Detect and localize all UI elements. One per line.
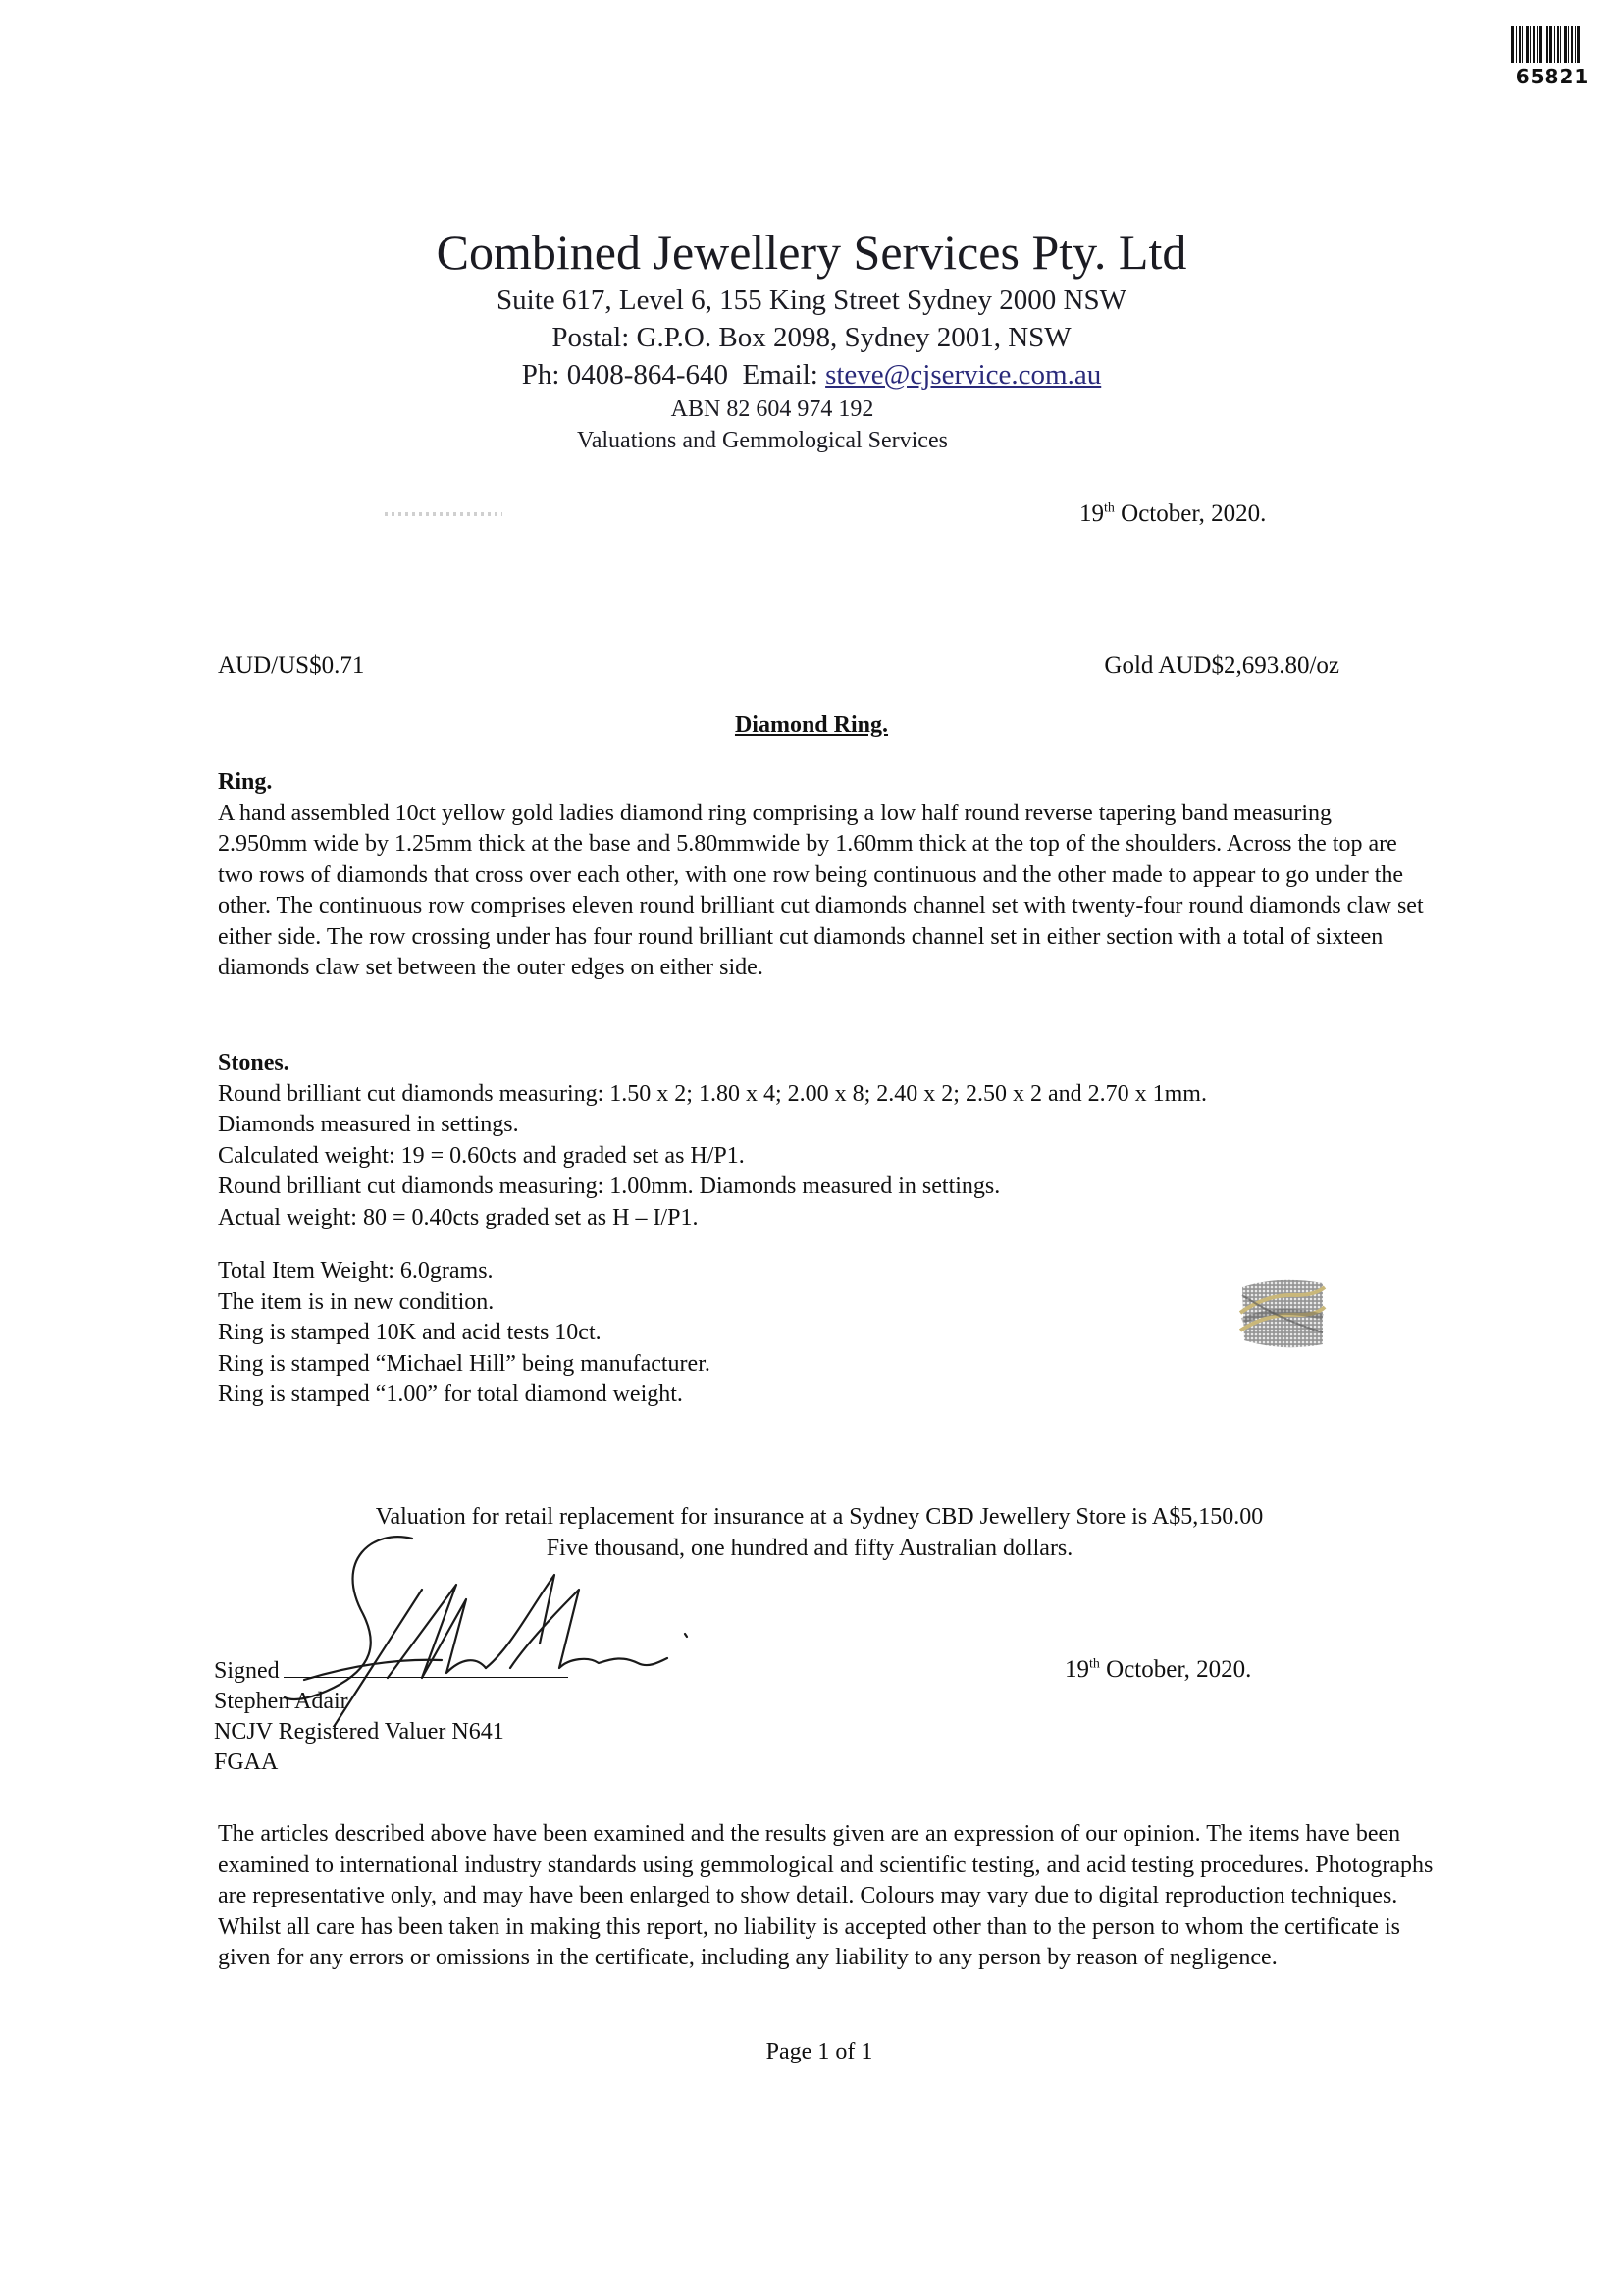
company-abn: ABN 82 604 974 192 [0, 396, 1584, 423]
date-rest: October, 2020. [1100, 1656, 1252, 1683]
barcode-icon [1511, 26, 1594, 63]
stones-line: Diamonds measured in settings. [218, 1110, 1425, 1141]
date-day: 19 [1065, 1656, 1089, 1683]
barcode-label: 65821 [1507, 22, 1600, 92]
ring-photo [1238, 1274, 1327, 1354]
signed-row: Signed [214, 1656, 568, 1687]
signatory-block: Signed Stephen Adair NCJV Registered Val… [214, 1656, 568, 1778]
company-postal: Postal: G.P.O. Box 2098, Sydney 2001, NS… [0, 322, 1623, 354]
company-address: Suite 617, Level 6, 155 King Street Sydn… [0, 285, 1623, 317]
date-day: 19 [1079, 500, 1104, 527]
ring-description: A hand assembled 10ct yellow gold ladies… [218, 799, 1425, 984]
disclaimer: The articles described above have been e… [218, 1819, 1444, 1974]
signatory-name: Stephen Adair [214, 1687, 568, 1717]
barcode-number: 65821 [1507, 65, 1597, 88]
valuation-words: Five thousand, one hundred and fifty Aus… [0, 1533, 1621, 1564]
stones-line: Actual weight: 80 = 0.40cts graded set a… [218, 1203, 1425, 1234]
signature-line [284, 1657, 568, 1678]
report-date: 19th October, 2020. [1079, 500, 1266, 528]
signatory-registration: NCJV Registered Valuer N641 [214, 1717, 568, 1748]
ring-heading: Ring. [218, 767, 1425, 799]
gold-price: Gold AUD$2,693.80/oz [1084, 652, 1339, 680]
stones-line: Round brilliant cut diamonds measuring: … [218, 1079, 1425, 1111]
document-title: Diamond Ring. [0, 712, 1623, 739]
stones-line: Calculated weight: 19 = 0.60cts and grad… [218, 1141, 1425, 1173]
company-contact: Ph: 0408-864-640 Email: steve@cjservice.… [0, 359, 1623, 391]
ring-section: Ring. A hand assembled 10ct yellow gold … [218, 767, 1425, 984]
company-services: Valuations and Gemmological Services [0, 428, 1574, 454]
stones-section: Stones. Round brilliant cut diamonds mea… [218, 1048, 1425, 1233]
fact-line: Ring is stamped “1.00” for total diamond… [218, 1380, 1425, 1411]
scan-artifact [385, 512, 502, 516]
date-rest: October, 2020. [1115, 500, 1267, 527]
company-name: Combined Jewellery Services Pty. Ltd [0, 224, 1623, 281]
date-suffix: th [1104, 501, 1115, 516]
exchange-rate: AUD/US$0.71 [218, 652, 364, 680]
page-number: Page 1 of 1 [8, 2039, 1623, 2065]
date-suffix: th [1089, 1657, 1100, 1672]
signed-label: Signed [214, 1658, 280, 1684]
stones-line: Round brilliant cut diamonds measuring: … [218, 1172, 1425, 1203]
stones-heading: Stones. [218, 1048, 1425, 1079]
signature-date: 19th October, 2020. [1065, 1656, 1251, 1684]
valuation-amount: Valuation for retail replacement for ins… [8, 1501, 1623, 1533]
signatory-qualification: FGAA [214, 1748, 568, 1778]
phone-label: Ph: 0408-864-640 Email: [522, 359, 825, 391]
email-link[interactable]: steve@cjservice.com.au [825, 359, 1101, 391]
